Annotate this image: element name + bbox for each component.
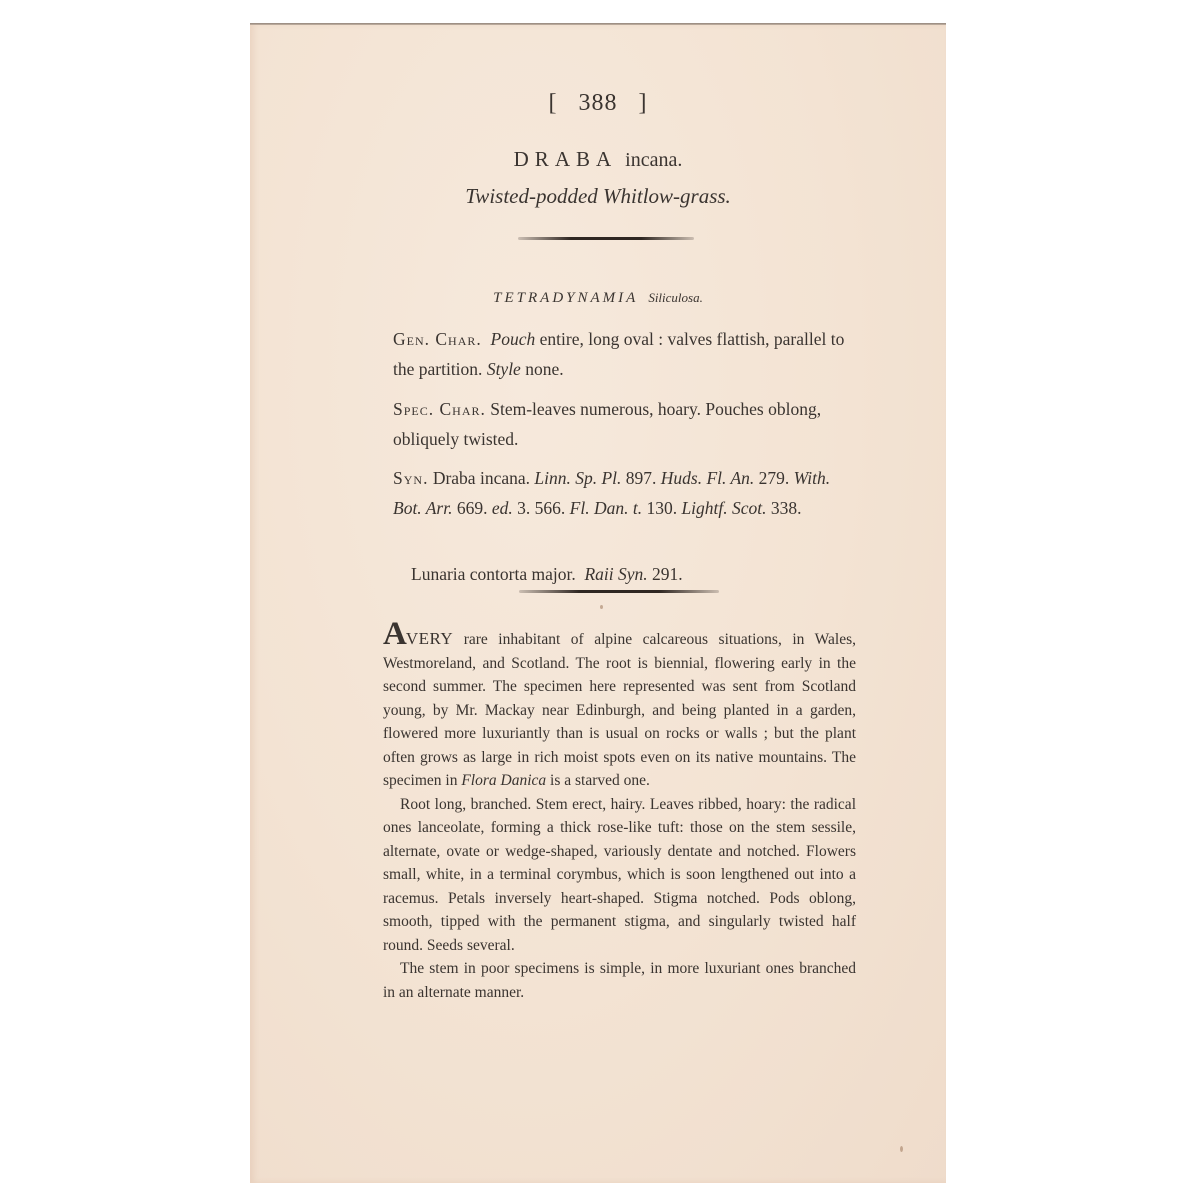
alt-syn-page: 291. xyxy=(648,564,683,584)
gen-char-label: Gen. Char. xyxy=(393,329,482,349)
specific-character: Spec. Char. Stem-leaves numerous, hoary.… xyxy=(393,394,855,454)
book-page: [ 388 ] DRABAincana. Twisted-podded Whit… xyxy=(250,23,946,1183)
bracket-close: ] xyxy=(639,90,648,116)
generic-character: Gen. Char. Pouch entire, long oval : val… xyxy=(393,324,855,384)
order-name: Siliculosa. xyxy=(648,290,703,305)
first-word: VERY xyxy=(406,629,453,648)
syn-page: 897. xyxy=(621,468,660,488)
ornamental-rule xyxy=(519,590,719,593)
genus-name: DRABA xyxy=(514,147,618,171)
paper-foxing-spot xyxy=(900,1146,903,1152)
description-paragraph-1: AVERY rare inhabitant of alpine calcareo… xyxy=(383,624,856,793)
description-paragraph-3: The stem in poor specimens is simple, in… xyxy=(383,957,856,1004)
syn-page: 130. xyxy=(642,498,681,518)
alt-syn-ref: Raii Syn. xyxy=(584,564,647,584)
syn-name: Draba incana. xyxy=(428,468,534,488)
alt-synonym: Lunaria contorta major. Raii Syn. 291. xyxy=(411,559,873,589)
drop-cap: A xyxy=(383,616,406,652)
alt-syn-name: Lunaria contorta major. xyxy=(411,564,576,584)
paper-foxing-spot xyxy=(600,605,603,609)
syn-ref: Lightf. Scot. xyxy=(681,498,766,518)
gen-char-text-end: none. xyxy=(521,359,564,379)
paragraph-text: rare inhabitant of alpine calcareous sit… xyxy=(383,631,856,789)
italic-title: Flora Danica xyxy=(461,772,546,789)
syn-page: 669. xyxy=(452,498,491,518)
italic-term: Style xyxy=(487,359,521,379)
syn-ref: Fl. Dan. t. xyxy=(570,498,642,518)
ornamental-rule xyxy=(518,237,694,240)
species-title: DRABAincana. xyxy=(250,147,946,172)
syn-ref: Huds. Fl. An. xyxy=(661,468,755,488)
description-paragraph-2: Root long, branched. Stem erect, hairy. … xyxy=(383,793,856,958)
syn-page: 338. xyxy=(767,498,802,518)
spec-char-label: Spec. Char. xyxy=(393,399,486,419)
description-text: AVERY rare inhabitant of alpine calcareo… xyxy=(383,624,856,1004)
species-epithet: incana. xyxy=(625,149,682,171)
synonymy: Syn. Draba incana. Linn. Sp. Pl. 897. Hu… xyxy=(393,463,855,523)
syn-page: 3. 566. xyxy=(513,498,570,518)
common-name: Twisted-podded Whitlow-grass. xyxy=(250,184,946,209)
syn-ref: ed. xyxy=(492,498,513,518)
class-name: TETRADYNAMIA xyxy=(493,290,638,306)
bracket-open: [ xyxy=(549,90,558,116)
page-number-value: 388 xyxy=(579,90,618,116)
syn-page: 279. xyxy=(754,468,793,488)
linnaean-classification: TETRADYNAMIASiliculosa. xyxy=(250,290,946,307)
italic-term: Pouch xyxy=(491,329,536,349)
syn-ref: Linn. Sp. Pl. xyxy=(534,468,621,488)
page-number: [ 388 ] xyxy=(250,90,946,117)
syn-label: Syn. xyxy=(393,468,428,488)
paragraph-text-end: is a starved one. xyxy=(546,772,650,789)
